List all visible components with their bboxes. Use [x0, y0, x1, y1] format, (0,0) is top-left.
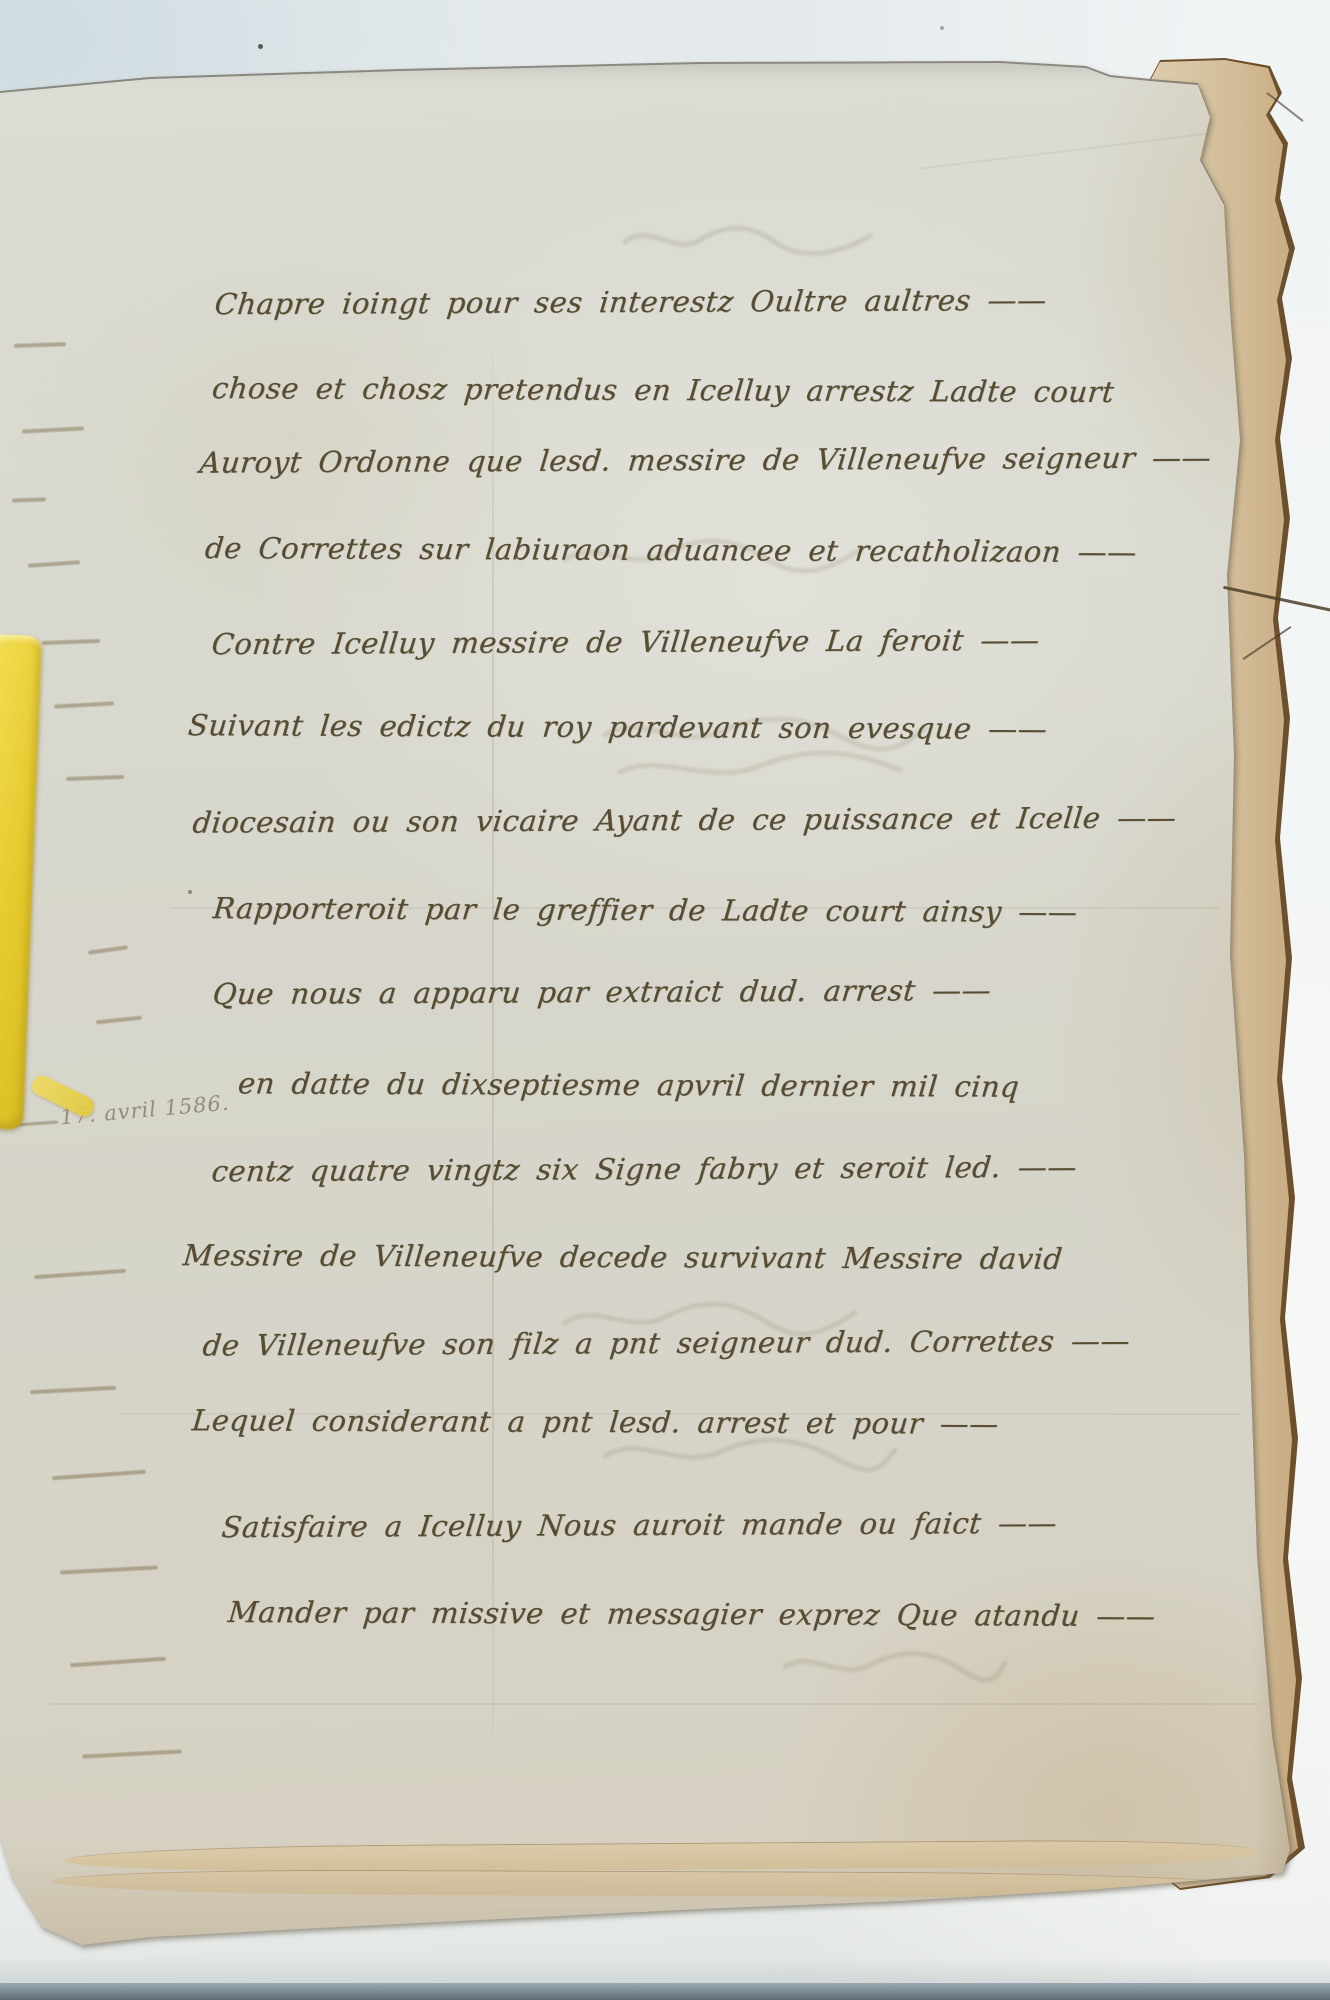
manuscript-line: centz quatre vingtz six Signe fabry et s… [210, 1150, 1079, 1189]
manuscript-line: Auroyt Ordonne que lesd. messire de Vill… [198, 440, 1213, 479]
manuscript-line: diocesain ou son vicaire Ayant de ce pui… [191, 800, 1178, 839]
dust-speck [188, 890, 192, 894]
manuscript-line: Satisfaire a Icelluy Nous auroit mande o… [220, 1506, 1059, 1544]
scanner-bed: Chapre ioingt pour ses interestz Oultre … [0, 0, 1330, 2000]
manuscript-line: chose et chosz pretendus en Icelluy arre… [211, 371, 1116, 409]
dust-speck [940, 26, 944, 30]
manuscript-line: Contre Icelluy messire de Villeneufve La… [210, 623, 1041, 661]
margin-note-dash [16, 1121, 58, 1127]
manuscript-line: Messire de Villeneufve decede survivant … [182, 1238, 1064, 1276]
manuscript-line: Chapre ioingt pour ses interestz Oultre … [213, 283, 1048, 321]
manuscript-line: Mander par missive et messagier exprez Q… [227, 1595, 1157, 1633]
manuscript-line: Suivant les edictz du roy pardevant son … [187, 708, 1049, 746]
manuscript-line: de Correttes sur labiuraon aduancee et r… [204, 531, 1139, 569]
manuscript-line: Que nous a apparu par extraict dud. arre… [211, 973, 993, 1011]
manuscript-line: de Villeneufve son filz a pnt seigneur d… [201, 1324, 1132, 1363]
manuscript-line: en datte du dixseptiesme apvril dernier … [237, 1066, 1021, 1103]
manuscript-text: Chapre ioingt pour ses interestz Oultre … [0, 0, 1330, 2000]
manuscript-line: Lequel considerant a pnt lesd. arrest et… [191, 1403, 1001, 1441]
dust-speck [258, 44, 263, 49]
manuscript-line: Rapporteroit par le greffier de Ladte co… [212, 891, 1079, 929]
